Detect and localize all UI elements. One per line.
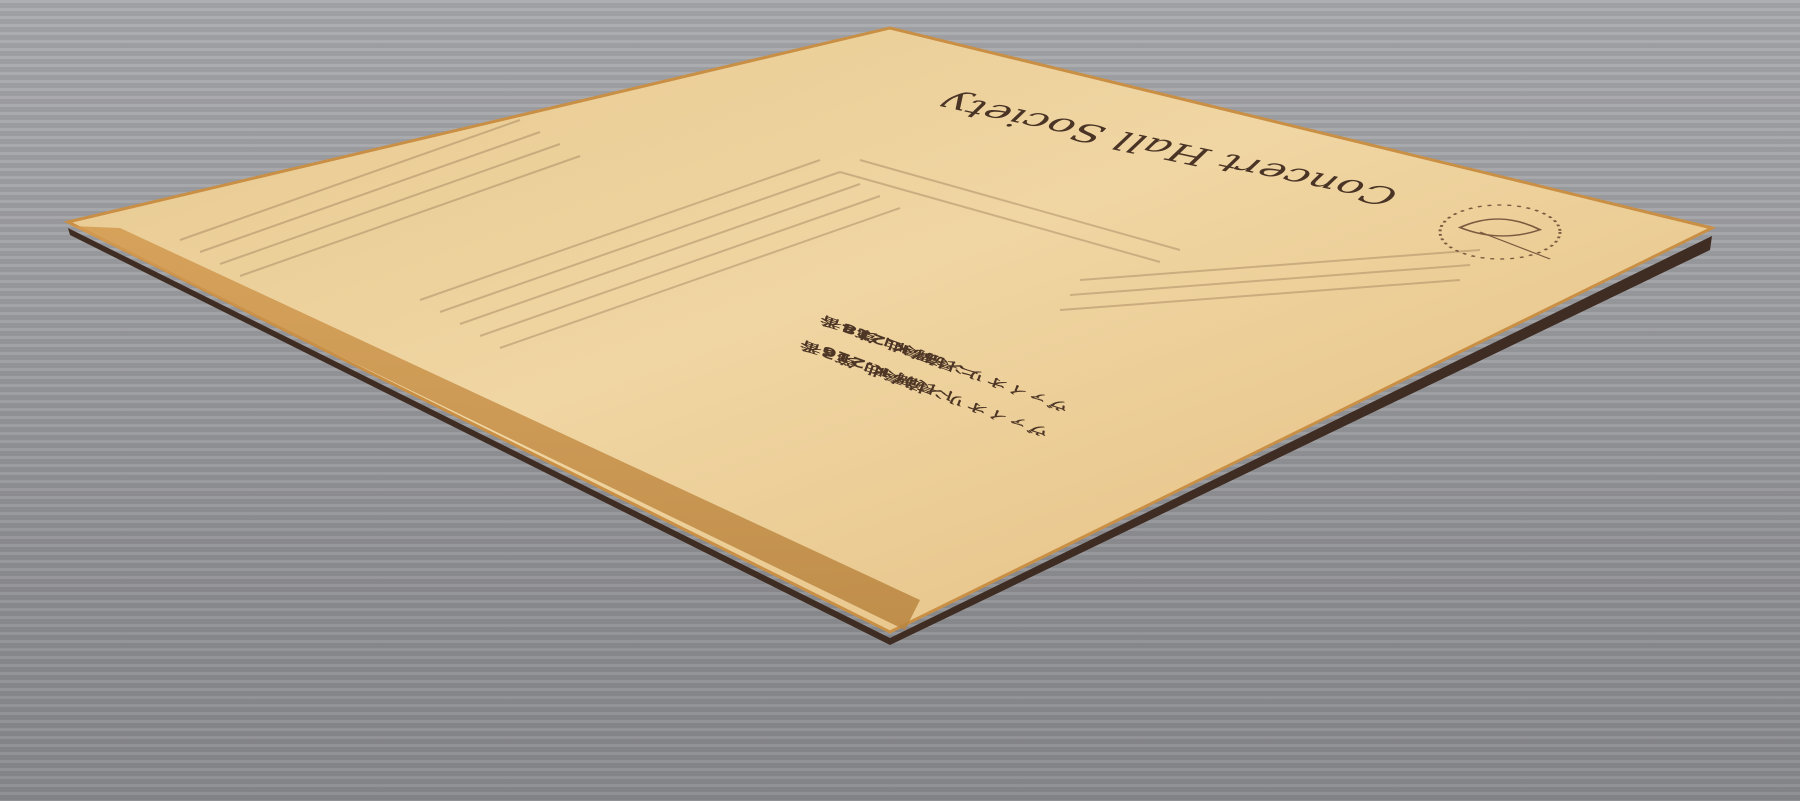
photo-scene: Concert Hall Society ヴァイオリン協奏曲 第3番 ト長調 K… bbox=[0, 0, 1800, 801]
record-sleeve-illustration: Concert Hall Society ヴァイオリン協奏曲 第3番 ト長調 K… bbox=[0, 0, 1800, 801]
